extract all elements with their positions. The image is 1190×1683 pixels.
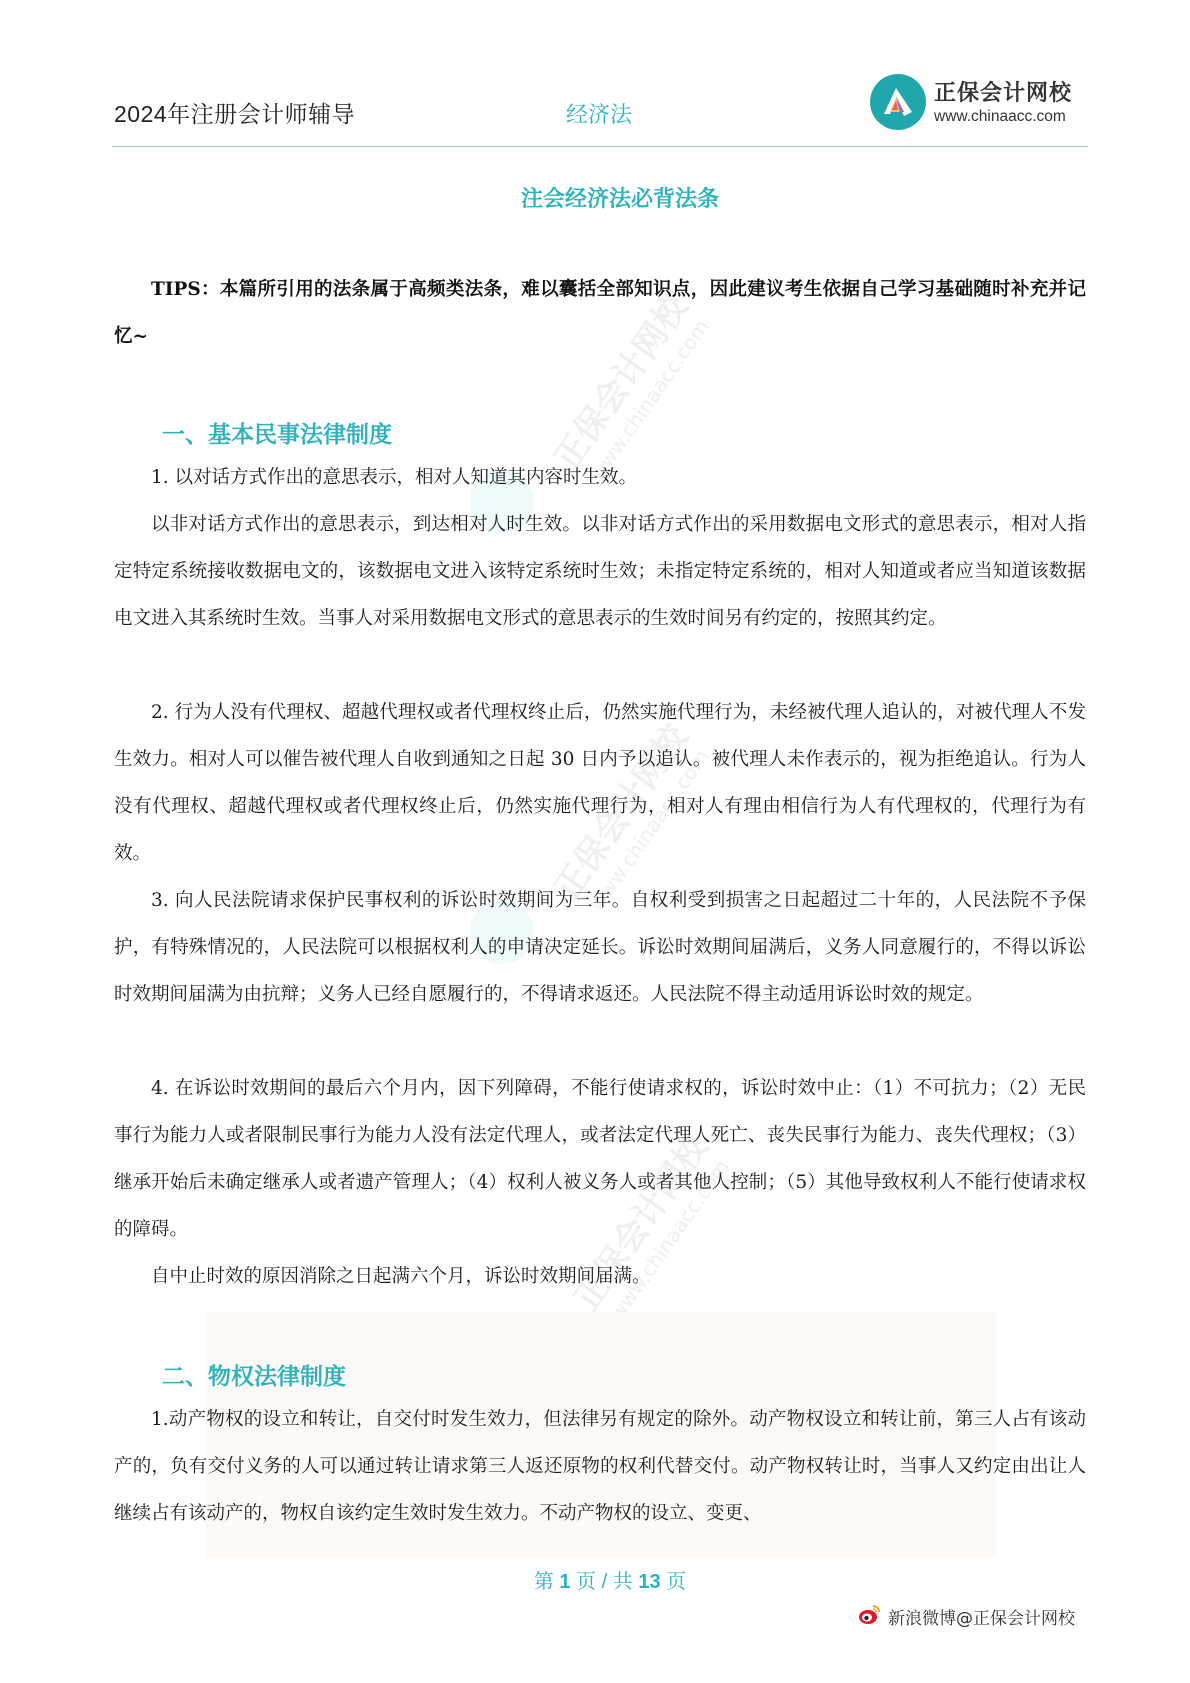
brand-url: www.chinaacc.com xyxy=(934,108,1066,126)
tips-paragraph: TIPS：本篇所引用的法条属于高频类法条，难以囊括全部知识点，因此建议考生依据自… xyxy=(114,266,1086,360)
weibo-icon xyxy=(858,1603,882,1630)
paragraph: 3. 向人民法院请求保护民事权利的诉讼时效期间为三年。自权利受到损害之日起超过二… xyxy=(114,877,1086,1018)
paragraph: 1. 以对话方式作出的意思表示，相对人知道其内容时生效。 xyxy=(114,454,1086,501)
paragraph: 4. 在诉讼时效期间的最后六个月内，因下列障碍，不能行使请求权的，诉讼时效中止：… xyxy=(114,1065,1086,1253)
brand-name: 正保会计网校 xyxy=(934,76,1072,107)
section-heading: 一、基本民事法律制度 xyxy=(162,416,392,449)
section-heading: 二、物权法律制度 xyxy=(162,1358,346,1391)
paragraph: 1.动产物权的设立和转让，自交付时发生效力，但法律另有规定的除外。动产物权设立和… xyxy=(114,1396,1086,1537)
subject-label: 经济法 xyxy=(566,98,632,129)
page-indicator: 第 1 页 / 共 13 页 xyxy=(0,1565,1190,1594)
weibo-credit: 新浪微博@正保会计网校 xyxy=(858,1603,1075,1630)
total-pages: 13 xyxy=(638,1571,660,1593)
document-title: 注会经济法必背法条 xyxy=(0,182,1190,213)
paragraph: 以非对话方式作出的意思表示，到达相对人时生效。以非对话方式作出的采用数据电文形式… xyxy=(114,501,1086,642)
paragraph: 2. 行为人没有代理权、超越代理权或者代理权终止后，仍然实施代理行为，未经被代理… xyxy=(114,689,1086,877)
paragraph: 自中止时效的原因消除之日起满六个月，诉讼时效期间届满。 xyxy=(114,1253,1086,1300)
current-page: 1 xyxy=(559,1571,570,1593)
course-title: 2024年注册会计师辅导 xyxy=(114,96,355,129)
document-page: 正保会计网校 www.chinaacc.com 正保会计网校 www.china… xyxy=(0,0,1190,1683)
header-divider xyxy=(112,146,1088,147)
chinaacc-logo-icon xyxy=(870,74,926,130)
brand-logo: 正保会计网校 www.chinaacc.com xyxy=(870,72,1092,138)
